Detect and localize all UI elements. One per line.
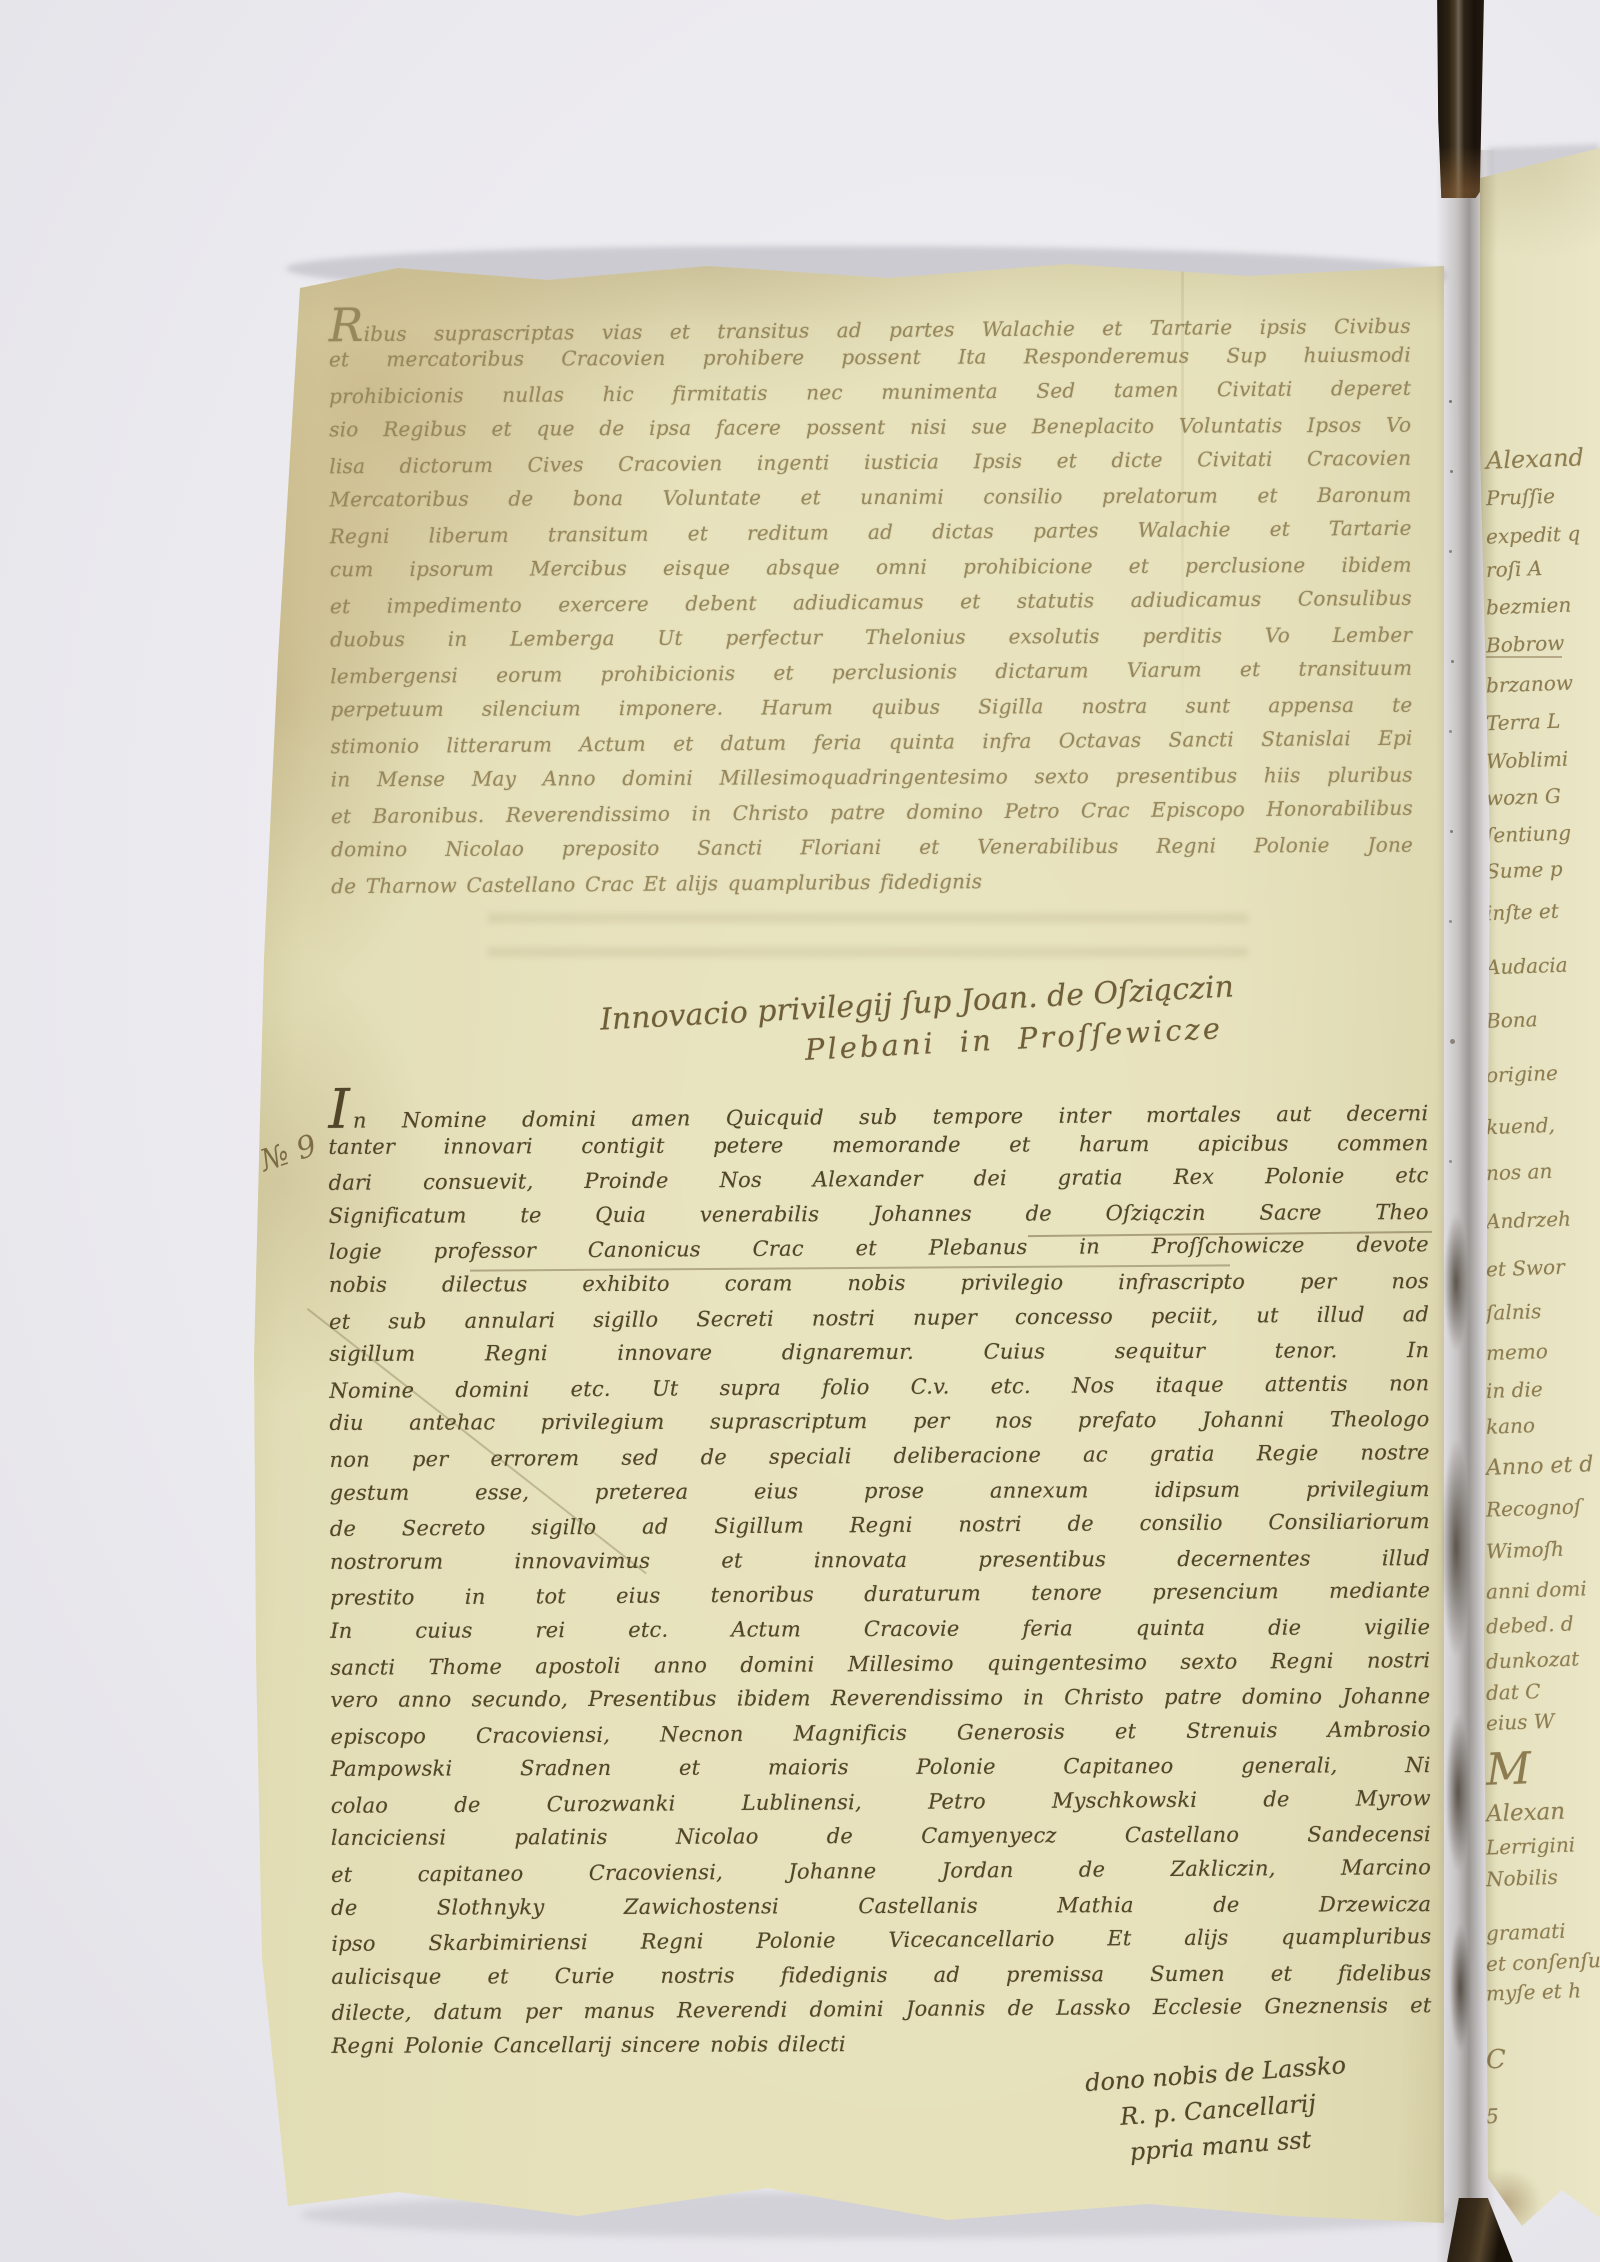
right-folio-text-fragment: anni domi (1486, 1576, 1587, 1603)
right-folio-text-fragment: wozn G (1486, 784, 1562, 811)
manuscript-text-line: Nomine domini etc. Ut supra folio C.v. e… (329, 1366, 1429, 1408)
manuscript-text-line: sancti Thome apostoli anno domini Milles… (330, 1643, 1430, 1685)
right-folio-text-fragment: kuend, (1486, 1113, 1556, 1139)
manuscript-text-line: In cuius rei etc. Actum Cracovie feria q… (330, 1610, 1430, 1648)
right-folio-text-fragment: expedit q (1486, 521, 1581, 548)
manuscript-text-line: sigillum Regni innovare dignaremur. Cuiu… (329, 1333, 1429, 1371)
right-folio-text-fragment: et conſenſu (1486, 1948, 1600, 1976)
right-folio-text-fragment: brzanow (1486, 670, 1574, 697)
right-folio-text-fragment: ſentiung (1486, 821, 1572, 848)
right-folio-text-fragment: Terra L (1486, 709, 1561, 736)
manuscript-text-line: colao de Curozwanki Lublinensi, Petro My… (331, 1781, 1431, 1823)
manuscript-left-folio: Ribus suprascriptas vias et transitus ad… (248, 258, 1444, 2223)
manuscript-text-line: diu antehac privilegium suprascriptum pe… (329, 1402, 1429, 1440)
right-folio-text-fragment: origine (1486, 1061, 1559, 1087)
manuscript-text-line: de Tharnow Castellano Crac Et alijs quam… (331, 866, 1413, 909)
ink-underline (1486, 656, 1562, 658)
entry-heading: Innovacio privilegij ſup Joan. de Oſziąc… (547, 967, 1290, 1081)
entry1-text-block: Ribus suprascriptas vias et transitus ad… (329, 308, 1414, 908)
right-folio-text-fragment: inſte et (1486, 899, 1560, 926)
binding-stain (1442, 1440, 1470, 1655)
right-folio-text-fragment: Nobilis (1486, 1865, 1559, 1891)
right-folio-text-fragment: Sume p (1486, 857, 1563, 884)
binding-stain (1446, 1715, 1470, 1870)
manuscript-text-line: ipso Skarbimiriensi Regni Polonie Viceca… (331, 1919, 1431, 1961)
manuscript-text-line: de Secreto sigillo ad Sigillum Regni nos… (330, 1504, 1430, 1546)
right-folio-text-fragment: Alexan (1486, 1799, 1566, 1828)
binding-rod-top (1434, 0, 1486, 198)
manuscript-text-line: prestito in tot eius tenoribus duraturum… (330, 1573, 1430, 1615)
manuscript-text-line: gestum esse, preterea eius prose annexum… (330, 1472, 1430, 1510)
binding-stain (1444, 1215, 1468, 1350)
right-folio-text-fragment: Wimoſh (1486, 1537, 1565, 1564)
right-folio-text-fragment: Bobrow (1486, 631, 1565, 658)
right-folio-text-fragment: debed. d (1486, 1611, 1574, 1638)
margin-number: № 9 (256, 1128, 321, 1179)
binding-stain (1450, 1925, 1470, 2050)
entry2-text-block: In Nomine domini amen Quicquid sub tempo… (328, 1091, 1431, 2063)
manuscript-text-line: episcopo Cracoviensi, Necnon Magnificis … (330, 1712, 1430, 1754)
right-folio-text-fragment: bezmien (1486, 593, 1572, 620)
right-folio-text-fragment: dunkozat (1486, 1646, 1580, 1673)
manuscript-text-line: In Nomine domini amen Quicquid sub tempo… (328, 1089, 1428, 1131)
manuscript-text-line: et capitaneo Cracoviensi, Johanne Jordan… (331, 1850, 1431, 1892)
right-folio-text-fragment: Woblimi (1486, 747, 1569, 774)
right-folio-text-fragment: Lerrigini (1486, 1832, 1576, 1859)
chancery-signature-block: dono nobis de LasskoR. p. Cancellarijppr… (1055, 2045, 1382, 2175)
archival-manuscript-photo: Ribus suprascriptas vias et transitus ad… (0, 0, 1600, 2262)
manuscript-text-line: dilecte, datum per manus Reverendi domin… (331, 1989, 1431, 2031)
right-folio-text-fragment: Recognoſ (1486, 1494, 1582, 1521)
right-folio-text-fragment: et Swor (1486, 1255, 1565, 1282)
manuscript-text-line: vero anno secundo, Presentibus ibidem Re… (330, 1679, 1430, 1717)
right-folio-text-fragment: Anno et d (1486, 1452, 1594, 1481)
right-folio-text-fragment: Alexand (1486, 443, 1585, 474)
right-folio-text-fragment: gramati (1486, 1919, 1566, 1946)
right-folio-text-fragment: Andrzeh (1486, 1207, 1572, 1234)
manuscript-right-folio-sliver: AlexandPruſſieexpedit qroſi AbezmienBobr… (1478, 148, 1600, 2262)
right-folio-text-fragment: myſe et h (1486, 1978, 1582, 2005)
manuscript-text-line: non per errorem sed de speciali delibera… (329, 1435, 1429, 1477)
manuscript-text-line: Pampowski Sradnen et maioris Polonie Cap… (331, 1748, 1431, 1786)
manuscript-text-line: et sub annulari sigillo Secreti nostri n… (329, 1297, 1429, 1339)
binding-stitch-marks (1449, 400, 1452, 403)
manuscript-text-line: dari consuevit, Proinde Nos Alexander de… (329, 1158, 1429, 1200)
manuscript-text-line: lanciciensi palatinis Nicolao de Camyeny… (331, 1818, 1431, 1856)
ink-bleedthrough (488, 913, 1248, 963)
right-folio-text-fragment: Audacia (1486, 953, 1568, 980)
right-folio-text-fragment: Pruſſie (1486, 484, 1556, 510)
